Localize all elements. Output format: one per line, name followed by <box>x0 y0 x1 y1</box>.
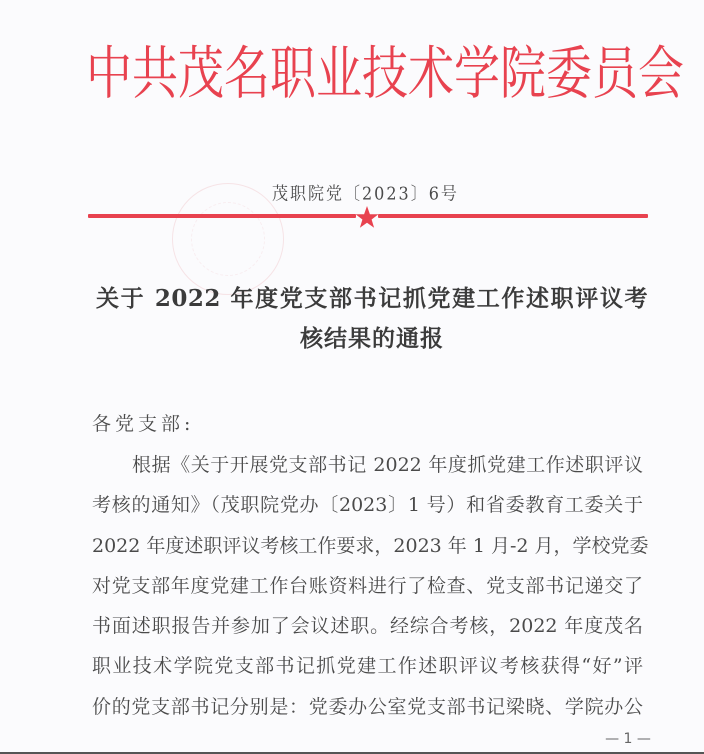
issuer-title: 中共茂名职业技术学院委员会 <box>86 38 648 108</box>
official-seal-stamp <box>172 183 284 295</box>
issuer-title-char: 院 <box>500 44 546 102</box>
issuer-title-char: 会 <box>638 44 684 102</box>
document-page: 中共茂名职业技术学院委员会 茂职院党〔2023〕6号 关于 2022 年度党支部… <box>0 0 704 752</box>
body-line: 价的党支部书记分别是：党委办公室党支部书记梁晓、学院办公 <box>92 692 643 722</box>
body-line: 根据《关于开展党支部书记 2022 年度抓党建工作述职评议 <box>132 450 643 480</box>
body-line: 考核的通知》（茂职院党办〔2023〕1 号）和省委教育工委关于 <box>92 490 643 520</box>
document-heading-line-1: 关于 2022 年度党支部书记抓党建工作述职评议考 <box>96 284 648 314</box>
red-divider-right <box>378 214 648 218</box>
document-heading-line-2: 核结果的通报 <box>96 324 648 354</box>
issuer-title-char: 技 <box>362 44 408 102</box>
issuer-title-char: 中 <box>86 44 132 102</box>
issuer-title-char: 委 <box>546 44 592 102</box>
red-divider-left <box>88 214 356 218</box>
body-line: 对党支部年度党建工作台账资料进行了检查、党支部书记递交了 <box>92 571 643 601</box>
body-line: 书面述职报告并参加了会议述职。经综合考核，2022 年度茂名 <box>92 611 643 641</box>
issuer-title-char: 员 <box>592 44 638 102</box>
issuer-title-char: 名 <box>224 44 270 102</box>
document-number: 茂职院党〔2023〕6号 <box>272 182 466 206</box>
issuer-title-char: 职 <box>270 44 316 102</box>
issuer-title-char: 共 <box>132 44 178 102</box>
salutation: 各党支部: <box>92 409 643 439</box>
issuer-title-char: 术 <box>408 44 454 102</box>
issuer-title-char: 学 <box>454 44 500 102</box>
body-line: 2022 年度述职评议考核工作要求，2023 年 1 月-2 月，学校党委 <box>92 531 643 561</box>
body-line: 职业技术学院党支部书记抓党建工作述职评议考核获得“好”评 <box>92 651 643 681</box>
issuer-title-char: 茂 <box>178 44 224 102</box>
issuer-title-char: 业 <box>316 44 362 102</box>
page-number: — 1 — <box>588 730 668 748</box>
red-star-icon <box>355 205 379 229</box>
